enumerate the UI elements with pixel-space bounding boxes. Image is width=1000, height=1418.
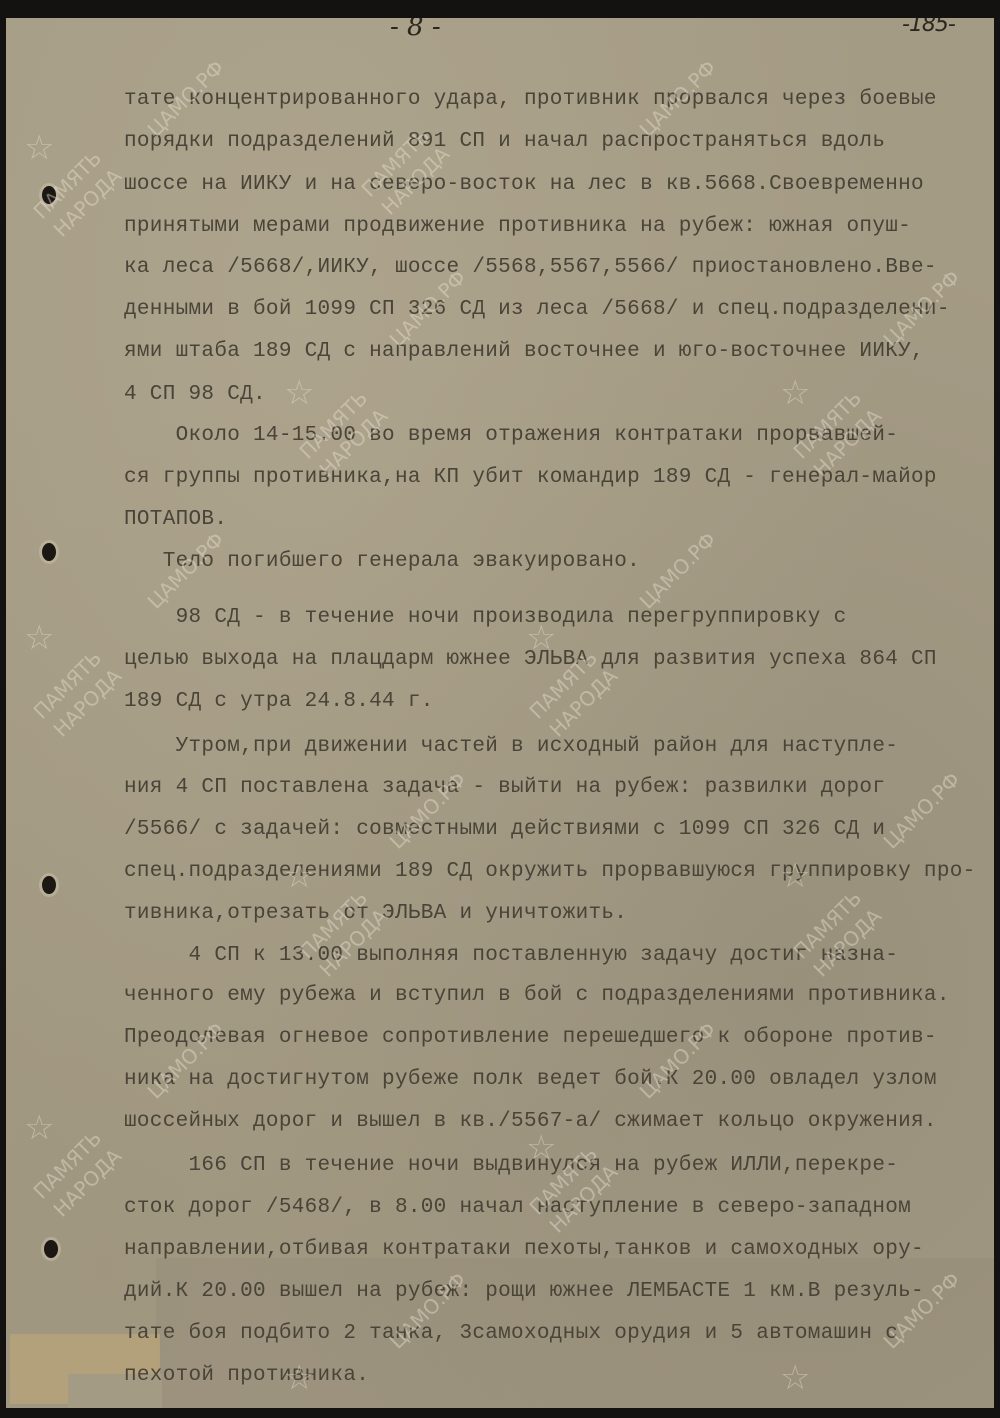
text-line: 98 СД - в течение ночи производила перег…: [124, 606, 847, 629]
text-line: 4 СП 98 СД.: [124, 383, 266, 406]
punch-hole-icon: [42, 543, 56, 561]
text-line: сток дорог /5468/, в 8.00 начал наступле…: [124, 1196, 911, 1219]
text-line: пехотой противника.: [124, 1364, 369, 1387]
watermark-pamyat: ПАМЯТЬ: [30, 647, 105, 722]
star-icon: ☆: [24, 128, 54, 168]
text-line: 166 СП в течение ночи выдвинулся на рубе…: [124, 1154, 898, 1177]
text-line: ка леса /5668/,ИИКУ, шоссе /5568,5567,55…: [124, 256, 937, 279]
text-line: направлении,отбивая контратаки пехоты,та…: [124, 1238, 924, 1261]
watermark-camo: ЦАМО.РФ: [636, 529, 719, 612]
star-icon: ☆: [780, 373, 810, 413]
star-icon: ☆: [24, 618, 54, 658]
text-line: денными в бой 1099 СП 326 СД из леса /56…: [124, 298, 950, 321]
text-line: шоссейных дорог и вышел в кв./5567-а/ сж…: [124, 1110, 937, 1133]
archive-sheet-number: -185-: [902, 18, 955, 37]
text-line: ся группы противника,на КП убит командир…: [124, 466, 937, 489]
text-line: Утром,при движении частей в исходный рай…: [124, 735, 898, 758]
watermark-naroda: НАРОДА: [50, 1145, 125, 1220]
text-line: Около 14-15.00 во время отражения контра…: [124, 424, 898, 447]
text-line: ями штаба 189 СД с направлений восточнее…: [124, 340, 924, 363]
text-line: ника на достигнутом рубеже полк ведет бо…: [124, 1068, 937, 1091]
watermark-naroda: НАРОДА: [810, 905, 885, 980]
text-line: ПОТАПОВ.: [124, 508, 227, 531]
text-line: спец.подразделениями 189 СД окружить про…: [124, 860, 976, 883]
punch-hole-icon: [42, 186, 56, 204]
watermark-naroda: НАРОДА: [50, 165, 125, 240]
watermark-naroda: НАРОДА: [546, 665, 621, 740]
text-line: ченного ему рубежа и вступил в бой с под…: [124, 984, 950, 1007]
text-line: Тело погибшего генерала эвакуировано.: [124, 550, 640, 573]
text-line: дий.К 20.00 вышел на рубеж: рощи южнее Л…: [124, 1280, 924, 1303]
watermark-naroda: НАРОДА: [50, 665, 125, 740]
watermark-pamyat: ПАМЯТЬ: [30, 1127, 105, 1202]
text-line: тате боя подбито 2 танка, 3самоходных ор…: [124, 1322, 898, 1345]
text-line: 189 СД с утра 24.8.44 г.: [124, 690, 434, 713]
text-line: 4 СП к 13.00 выполняя поставленную задач…: [124, 944, 898, 967]
star-icon: ☆: [284, 373, 314, 413]
document-sheet: - 8 - -185- тате концентрированного удар…: [6, 18, 994, 1408]
text-line: тате концентрированного удара, противник…: [124, 88, 937, 111]
text-line: тивника,отрезать от ЭЛЬВА и уничтожить.: [124, 902, 627, 925]
text-line: целью выхода на плацдарм южнее ЭЛЬВА для…: [124, 648, 937, 671]
text-line: шоссе на ИИКУ и на северо-восток на лес …: [124, 173, 924, 196]
star-icon: ☆: [24, 1108, 54, 1148]
text-line: /5566/ с задачей: совместными действиями…: [124, 818, 885, 841]
watermark-camo: ЦАМО.РФ: [880, 769, 963, 852]
text-line: Преодолевая огневое сопротивление переше…: [124, 1026, 937, 1049]
page-number: - 8 -: [390, 18, 441, 42]
punch-hole-icon: [44, 1240, 58, 1258]
text-line: принятыми мерами продвижение противника …: [124, 215, 911, 238]
watermark-pamyat: ПАМЯТЬ: [30, 147, 105, 222]
text-line: порядки подразделений 891 СП и начал рас…: [124, 130, 885, 153]
punch-hole-icon: [42, 876, 56, 894]
text-line: ния 4 СП поставлена задача - выйти на ру…: [124, 776, 885, 799]
